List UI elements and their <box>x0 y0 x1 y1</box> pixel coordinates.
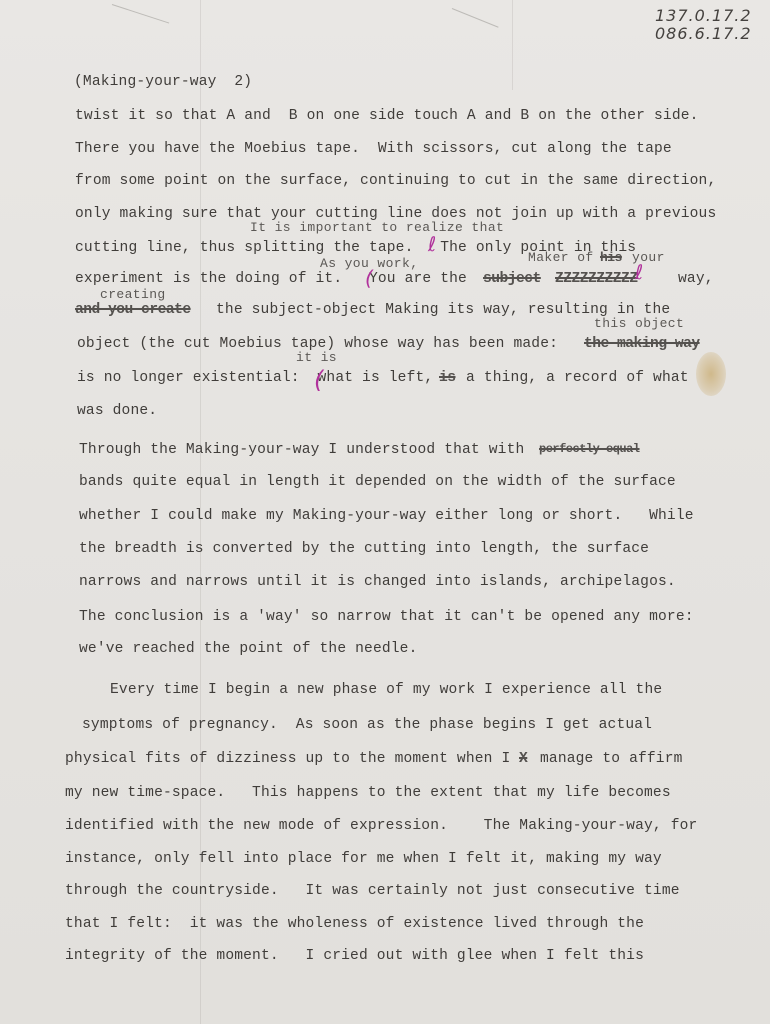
struck-text: subject <box>483 271 541 287</box>
text-line: through the countryside. It was certainl… <box>65 883 680 899</box>
text-line: Every time I begin a new phase of my wor… <box>110 682 662 698</box>
struck-text: and you create <box>75 302 191 318</box>
coffee-stain <box>696 352 726 396</box>
text-line: is no longer existential: what is left, <box>77 370 433 386</box>
text-line: There you have the Moebius tape. With sc… <box>75 141 672 157</box>
fold-line <box>512 0 513 90</box>
struck-text: the making-way <box>584 336 700 352</box>
text-line: was done. <box>77 403 157 419</box>
paper-scratch <box>112 4 169 23</box>
text-line: way, <box>678 271 714 287</box>
text-line: symptoms of pregnancy. As soon as the ph… <box>82 717 652 733</box>
text-line: we've reached the point of the needle. <box>79 641 418 657</box>
struck-text: is <box>439 370 456 386</box>
insertion-mark: ℓ <box>635 262 643 282</box>
text-line: that I felt: it was the wholeness of exi… <box>65 916 644 932</box>
struck-text: ZZZZZZZZZZ <box>555 271 638 287</box>
text-line: the breadth is converted by the cutting … <box>79 541 649 557</box>
insertion-mark: ℓ <box>428 234 436 254</box>
text-line: from some point on the surface, continui… <box>75 173 716 189</box>
insertion-mark: ( <box>365 268 373 288</box>
text-line: manage to affirm <box>540 751 683 767</box>
text-line: twist it so that A and B on one side tou… <box>75 108 699 124</box>
text-line: experiment is the doing of it. You are t… <box>75 271 467 287</box>
text-line: instance, only fell into place for me wh… <box>65 851 662 867</box>
text-line: a thing, a record of what <box>466 370 689 386</box>
typed-insertion: It is important to realize that <box>250 220 504 235</box>
page-header: (Making-your-way 2) <box>74 74 252 90</box>
text-line: integrity of the moment. I cried out wit… <box>65 948 644 964</box>
struck-text: X <box>519 751 527 767</box>
text-line: my new time-space. This happens to the e… <box>65 785 671 801</box>
typed-insertion: Maker of <box>528 250 594 265</box>
archive-number: 137.0.17.2 <box>655 6 752 25</box>
text-line: identified with the new mode of expressi… <box>65 818 697 834</box>
archive-number: 086.6.17.2 <box>655 24 752 43</box>
text-line: physical fits of dizziness up to the mom… <box>65 751 510 767</box>
struck-text: his <box>600 250 622 265</box>
text-line: bands quite equal in length it depended … <box>79 474 676 490</box>
typed-insertion: creating <box>100 287 166 302</box>
typed-insertion: this object <box>594 316 684 331</box>
text-line: The conclusion is a 'way' so narrow that… <box>79 609 694 625</box>
text-line: whether I could make my Making-your-way … <box>79 508 694 524</box>
paper-scratch <box>452 8 499 28</box>
typed-insertion: it is <box>296 350 337 365</box>
text-line: Through the Making-your-way I understood… <box>79 442 524 458</box>
document-page: 137.0.17.2 086.6.17.2 (Making-your-way 2… <box>0 0 770 1024</box>
struck-text: perfectly equal <box>539 442 640 456</box>
insertion-mark: ( <box>314 368 323 392</box>
text-line: narrows and narrows until it is changed … <box>79 574 676 590</box>
